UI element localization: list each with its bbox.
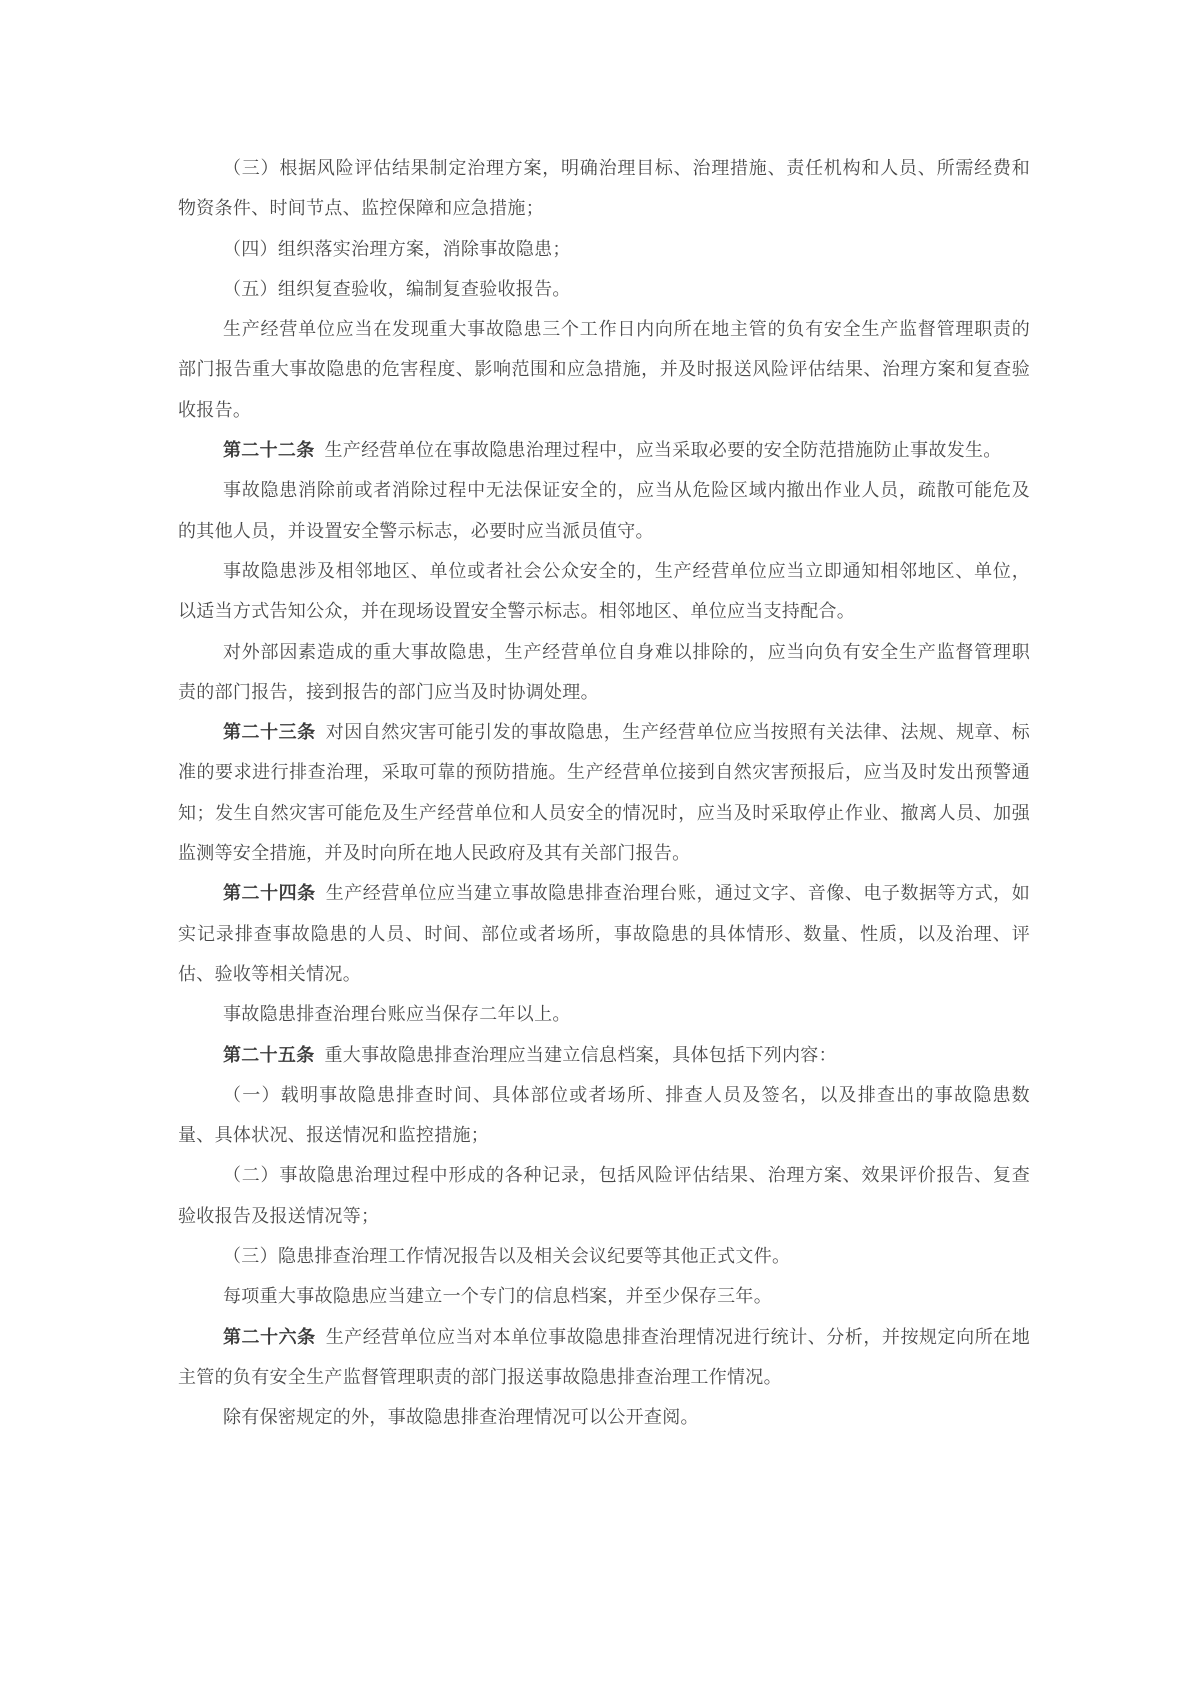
text-line: 第二十四条生产经营单位应当建立事故隐患排查治理台账，通过文字、音像、电子数据等方…	[178, 873, 1030, 913]
text-line: 事故隐患排查治理台账应当保存二年以上。	[178, 994, 1030, 1034]
article-number: 第二十二条	[223, 440, 315, 460]
article-number: 第二十六条	[223, 1327, 316, 1347]
text-line: 事故隐患消除前或者消除过程中无法保证安全的，应当从危险区域内撤出作业人员，疏散可…	[178, 470, 1030, 510]
text-line: 估、验收等相关情况。	[178, 954, 1030, 994]
text-line: 监测等安全措施，并及时向所在地人民政府及其有关部门报告。	[178, 833, 1030, 873]
text-line: 第二十二条生产经营单位在事故隐患治理过程中，应当采取必要的安全防范措施防止事故发…	[178, 430, 1030, 470]
text-line: 实记录排查事故隐患的人员、时间、部位或者场所，事故隐患的具体情形、数量、性质，以…	[178, 914, 1030, 954]
document-page: （三）根据风险评估结果制定治理方案，明确治理目标、治理措施、责任机构和人员、所需…	[0, 0, 1190, 1683]
text-line: 事故隐患涉及相邻地区、单位或者社会公众安全的，生产经营单位应当立即通知相邻地区、…	[178, 551, 1030, 591]
text-line: 第二十五条重大事故隐患排查治理应当建立信息档案，具体包括下列内容：	[178, 1035, 1030, 1075]
text-line: 收报告。	[178, 390, 1030, 430]
text-line: 责的部门报告，接到报告的部门应当及时协调处理。	[178, 672, 1030, 712]
text-line: 以适当方式告知公众，并在现场设置安全警示标志。相邻地区、单位应当支持配合。	[178, 591, 1030, 631]
article-number: 第二十三条	[223, 722, 316, 742]
text-line: （五）组织复查验收，编制复查验收报告。	[178, 269, 1030, 309]
text-line: 部门报告重大事故隐患的危害程度、影响范围和应急措施，并及时报送风险评估结果、治理…	[178, 349, 1030, 389]
text-line: 验收报告及报送情况等；	[178, 1196, 1030, 1236]
text-line: 对外部因素造成的重大事故隐患，生产经营单位自身难以排除的，应当向负有安全生产监督…	[178, 632, 1030, 672]
text-line: 知；发生自然灾害可能危及生产经营单位和人员安全的情况时，应当及时采取停止作业、撤…	[178, 793, 1030, 833]
text-line: （一）载明事故隐患排查时间、具体部位或者场所、排查人员及签名，以及排查出的事故隐…	[178, 1075, 1030, 1115]
text-line: （三）隐患排查治理工作情况报告以及相关会议纪要等其他正式文件。	[178, 1236, 1030, 1276]
text-line: （二）事故隐患治理过程中形成的各种记录，包括风险评估结果、治理方案、效果评价报告…	[178, 1155, 1030, 1195]
text-line: 的其他人员，并设置安全警示标志，必要时应当派员值守。	[178, 511, 1030, 551]
text-line: 主管的负有安全生产监督管理职责的部门报送事故隐患排查治理工作情况。	[178, 1357, 1030, 1397]
text-line: 第二十三条对因自然灾害可能引发的事故隐患，生产经营单位应当按照有关法律、法规、规…	[178, 712, 1030, 752]
text-line: （四）组织落实治理方案，消除事故隐患；	[178, 229, 1030, 269]
text-line: 第二十六条生产经营单位应当对本单位事故隐患排查治理情况进行统计、分析，并按规定向…	[178, 1317, 1030, 1357]
text-line: 准的要求进行排查治理，采取可靠的预防措施。生产经营单位接到自然灾害预报后，应当及…	[178, 752, 1030, 792]
text-line: 每项重大事故隐患应当建立一个专门的信息档案，并至少保存三年。	[178, 1276, 1030, 1316]
text-line: 除有保密规定的外，事故隐患排查治理情况可以公开查阅。	[178, 1397, 1030, 1437]
text-line: （三）根据风险评估结果制定治理方案，明确治理目标、治理措施、责任机构和人员、所需…	[178, 148, 1030, 188]
text-line: 量、具体状况、报送情况和监控措施；	[178, 1115, 1030, 1155]
document-text: （三）根据风险评估结果制定治理方案，明确治理目标、治理措施、责任机构和人员、所需…	[178, 148, 1030, 1438]
text-line: 生产经营单位应当在发现重大事故隐患三个工作日内向所在地主管的负有安全生产监督管理…	[178, 309, 1030, 349]
article-number: 第二十五条	[223, 1045, 315, 1065]
article-number: 第二十四条	[223, 883, 316, 903]
text-line: 物资条件、时间节点、监控保障和应急措施；	[178, 188, 1030, 228]
